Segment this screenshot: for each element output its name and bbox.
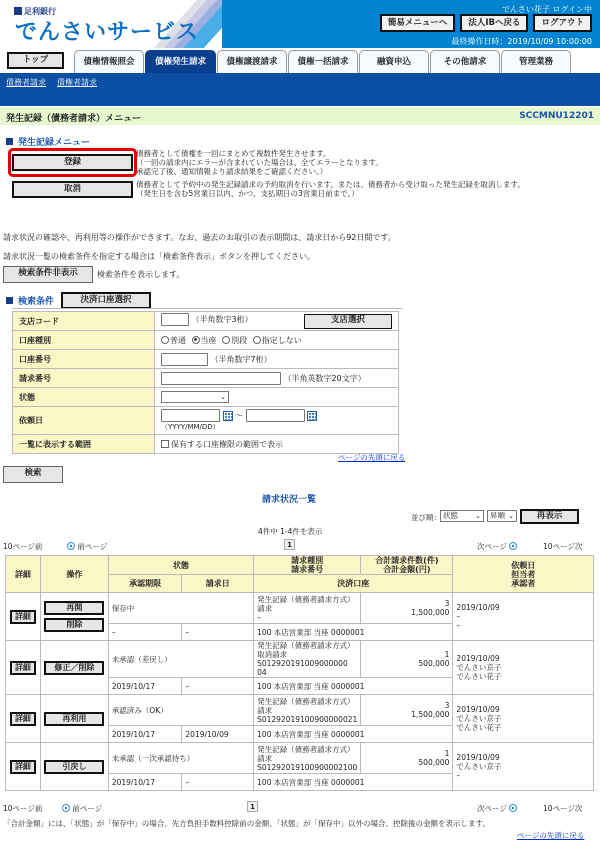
request-date-to-input[interactable] xyxy=(246,409,305,422)
main-tabs: トップ 債権情報照会 債権発生請求 債権譲渡請求 債権一括請求 融資申込 その他… xyxy=(0,48,600,73)
subnav-debtor-request[interactable]: 債務者請求 xyxy=(6,77,46,88)
request-date-label: 依頼日 xyxy=(13,407,155,435)
search-section-heading: 検索条件 xyxy=(6,294,54,307)
branch-code-label: 支店コード xyxy=(13,312,155,331)
toggle-search-description: 検索条件を表示します。 xyxy=(97,269,184,280)
action-button[interactable]: 削除 xyxy=(44,618,104,632)
back-to-top-link-bottom[interactable]: ページの先頭に戻る xyxy=(517,830,584,841)
sub-navigation: 債務者請求 債権者請求 xyxy=(0,73,600,106)
page-number-current[interactable]: 1 xyxy=(284,539,295,550)
tab-other-requests[interactable]: その他請求 xyxy=(430,50,500,73)
approval-deadline-cell: – xyxy=(108,624,182,641)
toggle-search-button[interactable]: 検索条件非表示 xyxy=(3,266,93,283)
settlement-account-cell: 100 本店営業部 当座 0000001 xyxy=(254,678,453,695)
status-label: 状態 xyxy=(13,388,155,407)
result-count: 4件中 1-4件を表示 xyxy=(258,526,322,537)
approval-deadline-cell: 2019/10/17 xyxy=(108,678,182,695)
tab-credit-issuance[interactable]: 債権発生請求 xyxy=(145,50,216,73)
last-operation-time: 最終操作日時：2019/10/09 10:00:00 xyxy=(451,36,592,47)
info-text-1: 請求状況の確認や、再利用等の操作ができます。なお、過去のお取引の表示期間は、請求… xyxy=(3,232,396,243)
redisplay-button[interactable]: 再表示 xyxy=(520,509,579,524)
footnote: 「合計金額」には、「状態」が「保存中」の場合、先方負担手数料控除前の金額、「状態… xyxy=(3,818,490,829)
chevron-down-icon: ⌄ xyxy=(508,511,514,521)
action-button[interactable]: 再開 xyxy=(44,601,104,615)
col-requested-on: 依頼日担当者承認者 xyxy=(453,556,594,593)
request-number-label: 請求番号 xyxy=(13,369,155,388)
tab-bulk-request[interactable]: 債権一括請求 xyxy=(288,50,358,73)
divider xyxy=(12,308,402,309)
logout-button[interactable]: ログアウト xyxy=(533,14,592,32)
search-button[interactable]: 検索 xyxy=(3,466,63,483)
radio-ordinary[interactable] xyxy=(161,336,169,344)
menu-section-heading: 発生記録メニュー xyxy=(6,135,90,148)
tab-top[interactable]: トップ xyxy=(7,52,64,69)
next-page-icon xyxy=(509,804,517,812)
detail-button[interactable]: 詳細 xyxy=(10,760,36,774)
requested-on-cell: 2019/10/09–– xyxy=(453,593,594,641)
approval-deadline-cell: 2019/10/17 xyxy=(108,774,182,791)
radio-unspecified[interactable] xyxy=(253,336,261,344)
tab-loan-application[interactable]: 融資申込 xyxy=(359,50,429,73)
request-date-from-input[interactable] xyxy=(161,409,220,422)
totals-cell: 1500,000 xyxy=(361,743,453,774)
next-page-link[interactable]: 次ページ xyxy=(477,541,517,552)
requested-on-cell: 2019/10/09でんさい京子でんさい花子 xyxy=(453,641,594,695)
square-bullet-icon xyxy=(6,138,13,145)
header: 足利銀行 でんさいサービス でんさい花子 ログイン中 簡易メニューへ 法人IBへ… xyxy=(0,0,600,48)
requested-on-cell: 2019/10/09でんさい京子でんさい花子 xyxy=(453,695,594,743)
square-bullet-icon xyxy=(6,297,13,304)
approval-deadline-cell: 2019/10/17 xyxy=(108,726,182,743)
next-page-link-bottom[interactable]: 次ページ xyxy=(477,803,517,814)
account-select-button[interactable]: 決済口座選択 xyxy=(61,292,151,309)
prev-page-link-bottom[interactable]: 前ページ xyxy=(62,803,102,814)
prev-10-pages-bottom[interactable]: 10ページ前 xyxy=(3,803,42,814)
request-date-cell: – xyxy=(182,624,254,641)
request-status-table: 詳細 操作 状態 請求種別請求番号 合計請求件数(件)合計金額(円) 依頼日担当… xyxy=(5,555,594,791)
screen-code: SCCMNU12201 xyxy=(519,111,594,121)
cancel-button[interactable]: 取消 xyxy=(12,181,133,198)
col-operation: 操作 xyxy=(40,556,108,593)
status-cell: 未承認（差戻し） xyxy=(108,641,253,678)
col-totals: 合計請求件数(件)合計金額(円) xyxy=(361,556,453,575)
request-number-input[interactable] xyxy=(161,372,281,385)
table-body: 詳細 再開削除 保存中 発生記録（債務者請求方式）請求– 31,500,000 … xyxy=(6,593,594,791)
brand-title: でんさいサービス xyxy=(15,15,199,46)
calendar-icon[interactable] xyxy=(307,411,317,421)
search-conditions-table: 支店コード （半角数字3桁） 支店選択 口座種別 普通 当座 別段 指定しない … xyxy=(12,311,399,454)
register-description: 債務者として債権を一回にまとめて複数件発生させます。 （一回の請求内にエラーが含… xyxy=(136,149,383,176)
display-range-label: 一覧に表示する範囲 xyxy=(13,435,155,454)
back-to-top-link[interactable]: ページの先頭に戻る xyxy=(338,452,405,463)
simple-menu-button[interactable]: 簡易メニューへ xyxy=(380,14,456,32)
request-type-cell: 発生記録（債務者請求方式）請求S01292019100900000021 xyxy=(254,695,361,726)
radio-current[interactable] xyxy=(192,336,200,344)
col-approval-deadline: 承認期限 xyxy=(108,575,182,593)
account-number-input[interactable] xyxy=(161,353,208,366)
branch-code-input[interactable] xyxy=(161,313,189,326)
col-status: 状態 xyxy=(108,556,253,575)
account-number-label: 口座番号 xyxy=(13,350,155,369)
request-date-cell: – xyxy=(182,774,254,791)
sort-label: 並び順： xyxy=(411,512,441,523)
status-cell: 承認済み（OK） xyxy=(108,695,253,726)
request-number-hint: （半角英数字20文字） xyxy=(284,374,366,383)
col-detail: 詳細 xyxy=(6,556,41,593)
account-type-label: 口座種別 xyxy=(13,331,155,350)
tab-administration[interactable]: 管理業務 xyxy=(501,50,571,73)
detail-button[interactable]: 詳細 xyxy=(10,610,36,624)
corporate-ib-return-button[interactable]: 法人IBへ戻る xyxy=(460,14,528,32)
action-button[interactable]: 修正／削除 xyxy=(44,661,104,675)
prev-page-icon xyxy=(62,804,70,812)
chevron-down-icon: ⌄ xyxy=(475,511,481,521)
request-type-cell: 発生記録（債務者請求方式）取消請求S012920191009000000 04 xyxy=(254,641,361,678)
next-10-pages[interactable]: 10ページ次 xyxy=(543,541,582,552)
requested-on-cell: 2019/10/09でんさい京子– xyxy=(453,743,594,791)
table-row: 詳細 再利用 承認済み（OK） 発生記録（債務者請求方式）請求S01292019… xyxy=(6,695,594,726)
prev-page-link[interactable]: 前ページ xyxy=(67,541,107,552)
chevron-down-icon: ⌄ xyxy=(220,392,226,402)
radio-special[interactable] xyxy=(222,336,230,344)
col-request-type: 請求種別請求番号 xyxy=(254,556,361,575)
settlement-account-cell: 100 本店営業部 当座 0000001 xyxy=(254,726,453,743)
request-type-cell: 発生記録（債務者請求方式）請求– xyxy=(254,593,361,624)
cancel-description: 債務者として予約中の発生記録請求の予約取消を行います。または、債務者から受け取っ… xyxy=(136,180,525,198)
table-row: 詳細 修正／削除 未承認（差戻し） 発生記録（債務者請求方式）取消請求S0129… xyxy=(6,641,594,678)
action-button[interactable]: 再利用 xyxy=(44,712,104,726)
next-10-pages-bottom[interactable]: 10ページ次 xyxy=(543,803,582,814)
page-title: 発生記録（債務者請求）メニュー xyxy=(6,114,141,124)
request-type-cell: 発生記録（債務者請求方式）請求S01292019100900002100 xyxy=(254,743,361,774)
status-cell: 保存中 xyxy=(108,593,253,624)
display-range-checkbox[interactable] xyxy=(161,440,169,448)
prev-10-pages[interactable]: 10ページ前 xyxy=(3,541,42,552)
info-text-2: 請求状況一覧の検索条件を指定する場合は「検索条件表示」ボタンを押してください。 xyxy=(3,251,315,262)
sort-field-select[interactable]: 状態⌄ xyxy=(440,510,484,522)
register-button[interactable]: 登録 xyxy=(12,154,133,171)
request-date-cell: 2019/10/09 xyxy=(182,726,254,743)
branch-code-hint: （半角数字3桁） xyxy=(192,315,253,324)
subnav-creditor-request[interactable]: 債権者請求 xyxy=(57,77,97,88)
settlement-account-cell: 100 本店営業部 当座 0000001 xyxy=(254,624,453,641)
sort-order-select[interactable]: 昇順⌄ xyxy=(487,510,517,522)
col-settlement-account: 決済口座 xyxy=(254,575,453,593)
request-date-cell: – xyxy=(182,678,254,695)
account-number-hint: （半角数字7桁） xyxy=(211,355,272,364)
page-title-bar: 発生記録（債務者請求）メニュー SCCMNU12201 xyxy=(0,107,600,125)
detail-button[interactable]: 詳細 xyxy=(10,661,36,675)
action-button[interactable]: 引戻し xyxy=(44,760,104,774)
branch-select-button[interactable]: 支店選択 xyxy=(304,314,392,329)
totals-cell: 1500,000 xyxy=(361,641,453,678)
calendar-icon[interactable] xyxy=(223,411,233,421)
totals-cell: 31,500,000 xyxy=(361,593,453,624)
detail-button[interactable]: 詳細 xyxy=(10,712,36,726)
next-page-icon xyxy=(509,542,517,550)
page-number-current-bottom[interactable]: 1 xyxy=(247,801,258,812)
status-cell: 未承認（一次承認待ち） xyxy=(108,743,253,774)
totals-cell: 31,500,000 xyxy=(361,695,453,726)
table-row: 詳細 再開削除 保存中 発生記録（債務者請求方式）請求– 31,500,000 … xyxy=(6,593,594,624)
results-title: 請求状況一覧 xyxy=(262,492,316,505)
settlement-account-cell: 100 本店営業部 当座 0000001 xyxy=(254,774,453,791)
bank-mark-icon xyxy=(14,7,22,15)
col-request-date: 請求日 xyxy=(182,575,254,593)
tab-credit-transfer[interactable]: 債権譲渡請求 xyxy=(217,50,287,73)
status-select[interactable]: ⌄ xyxy=(161,391,229,403)
tab-credit-inquiry[interactable]: 債権情報照会 xyxy=(74,50,144,73)
table-row: 詳細 引戻し 未承認（一次承認待ち） 発生記録（債務者請求方式）請求S01292… xyxy=(6,743,594,774)
prev-page-icon xyxy=(67,542,75,550)
date-format-hint: （YYYY/MM/DD） xyxy=(161,422,392,432)
